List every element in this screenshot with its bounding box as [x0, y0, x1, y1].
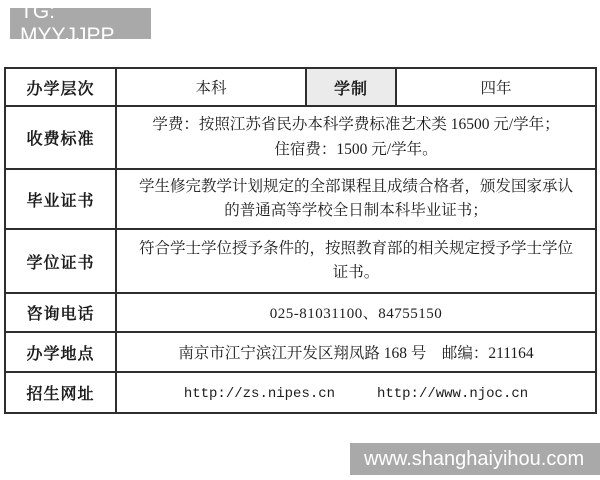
- watermark-bottom-text: www.shanghaiyihou.com: [364, 448, 584, 471]
- row-label-address: 办学地点: [5, 332, 116, 372]
- watermark-top-text: TG: MYYJJPP: [20, 0, 151, 48]
- admission-url-2: http://www.njoc.cn: [377, 386, 528, 402]
- cell-address-value: 南京市江宁滨江开发区翔凤路 168 号 邮编：211164: [116, 332, 596, 372]
- table-row-degree: 学位证书 符合学士学位授予条件的，按照教育部的相关规定授予学士学位 证书。: [5, 229, 596, 293]
- admission-info-table: 办学层次 本科 学制 四年 收费标准 学费：按照江苏省民办本科学费标准艺术类 1…: [4, 67, 597, 414]
- row-label-duration: 学制: [306, 68, 396, 106]
- cell-website-value: http://zs.nipes.cn http://www.njoc.cn: [116, 372, 596, 413]
- table-row-website: 招生网址 http://zs.nipes.cn http://www.njoc.…: [5, 372, 596, 413]
- phone-numbers: 025-81031100、84755150: [270, 306, 442, 322]
- cell-diploma-value: 学生修完教学计划规定的全部课程且成绩合格者，颁发国家承认 的普通高等学校全日制本…: [116, 169, 596, 229]
- row-label-website: 招生网址: [5, 372, 116, 413]
- table-row-level: 办学层次 本科 学制 四年: [5, 68, 596, 106]
- watermark-top: TG: MYYJJPP: [10, 8, 151, 39]
- admission-url-1: http://zs.nipes.cn: [184, 386, 335, 402]
- table-row-diploma: 毕业证书 学生修完教学计划规定的全部课程且成绩合格者，颁发国家承认 的普通高等学…: [5, 169, 596, 229]
- row-label-diploma: 毕业证书: [5, 169, 116, 229]
- row-label-fees: 收费标准: [5, 106, 116, 169]
- document-page: TG: MYYJJPP 办学层次 本科 学制 四年 收费标准 学费：按照江苏省民…: [0, 0, 600, 480]
- table-row-fees: 收费标准 学费：按照江苏省民办本科学费标准艺术类 16500 元/学年； 住宿费…: [5, 106, 596, 169]
- cell-phone-value: 025-81031100、84755150: [116, 293, 596, 332]
- cell-duration-value: 四年: [396, 68, 596, 106]
- table-row-phone: 咨询电话 025-81031100、84755150: [5, 293, 596, 332]
- cell-degree-value: 符合学士学位授予条件的，按照教育部的相关规定授予学士学位 证书。: [116, 229, 596, 293]
- cell-fees-value: 学费：按照江苏省民办本科学费标准艺术类 16500 元/学年； 住宿费：1500…: [116, 106, 596, 169]
- row-label-degree: 学位证书: [5, 229, 116, 293]
- table-row-address: 办学地点 南京市江宁滨江开发区翔凤路 168 号 邮编：211164: [5, 332, 596, 372]
- row-label-education-level: 办学层次: [5, 68, 116, 106]
- watermark-bottom: www.shanghaiyihou.com: [350, 443, 600, 475]
- row-label-phone: 咨询电话: [5, 293, 116, 332]
- cell-education-level-value: 本科: [116, 68, 306, 106]
